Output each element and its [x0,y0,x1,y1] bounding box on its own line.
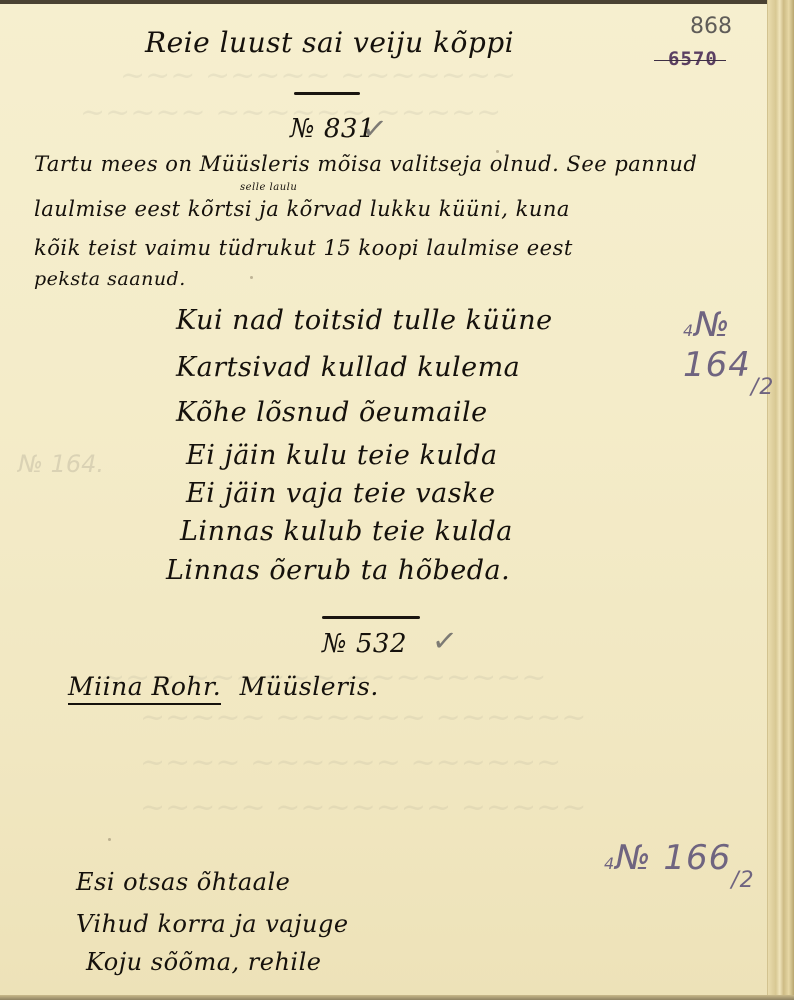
prose-line: Tartu mees on Müüsleris mõisa valitseja … [34,152,697,176]
book-spine-edge [767,0,794,1000]
reference-prefix: 4 [683,321,694,340]
informant-name: Miina Rohr. [68,672,221,705]
bleed-through-text: ~~~~~ ~~~~~~~ ~~~~~ [140,790,586,825]
verse-line: Koju sõõma, rehile [86,948,322,976]
check-mark-icon: ✓ [430,623,459,660]
informant-line: Miina Rohr. Müüsleris. [68,672,379,701]
verse-line: Kartsivad kullad kulema [176,352,520,383]
reference-fraction: /2 [751,375,774,400]
reference-number: № 164 [683,305,751,385]
archive-page-number: 868 [690,14,732,39]
check-mark-icon: ✓ [360,111,389,148]
verse-line: Linnas kulub teie kulda [180,516,513,547]
verse-line: Ei jäin kulu teie kulda [186,440,498,471]
strikethrough-line [654,60,726,61]
cross-reference-annotation: 4№ 164/2 [683,305,794,385]
verse-line: Kui nad toitsid tulle küüne [176,305,553,336]
faint-margin-reference: № 164. [18,450,104,478]
informant-place: Müüsleris. [240,672,379,701]
prose-line: kõik teist vaimu tüdrukut 15 koopi laulm… [34,236,573,260]
bleed-through-text: ~~~ ~~~~~ ~~~~~~~ [120,58,516,93]
old-page-number-struck: 6570 [668,48,718,70]
interlinear-insertion: selle laulu [240,182,297,193]
bleed-through-text: ~~~~ ~~~~~~ ~~~~~~ [140,745,561,780]
verse-line: Esi otsas õhtaale [76,868,290,896]
verse-line: Linnas õerub ta hõbeda. [166,555,510,586]
cross-reference-annotation: 4№ 166/2 [604,838,755,878]
prose-line: peksta saanud. [34,268,186,290]
section-divider [322,616,420,619]
manuscript-page: ~~~ ~~~~~ ~~~~~~~ ~~~~~ ~~~~~~ ~~~~~ ~~~… [0,0,794,1000]
page-top-edge [0,0,794,4]
reference-number: № 166 [615,838,731,878]
paper-speck [108,838,111,841]
verse-line: Vihud korra ja vajuge [76,910,349,938]
section-divider [294,92,360,95]
old-number-text: 6570 [668,48,718,70]
page-bottom-edge [0,995,794,1000]
bleed-through-text: ~~~~~ ~~~~~~ ~~~~~~ [140,700,586,735]
verse-line: Kõhe lõsnud õeumaile [176,397,488,428]
entry-number: № 532 [322,629,407,659]
paper-speck [250,276,253,279]
reference-fraction: /2 [731,868,754,893]
verse-line: Ei jäin vaja teie vaske [186,478,495,509]
paper-speck [496,150,499,153]
reference-prefix: 4 [604,854,615,873]
prose-line: laulmise eest kõrtsi ja kõrvad lukku küü… [34,197,570,221]
song-title: Reie luust sai veiju kõppi [145,26,514,59]
